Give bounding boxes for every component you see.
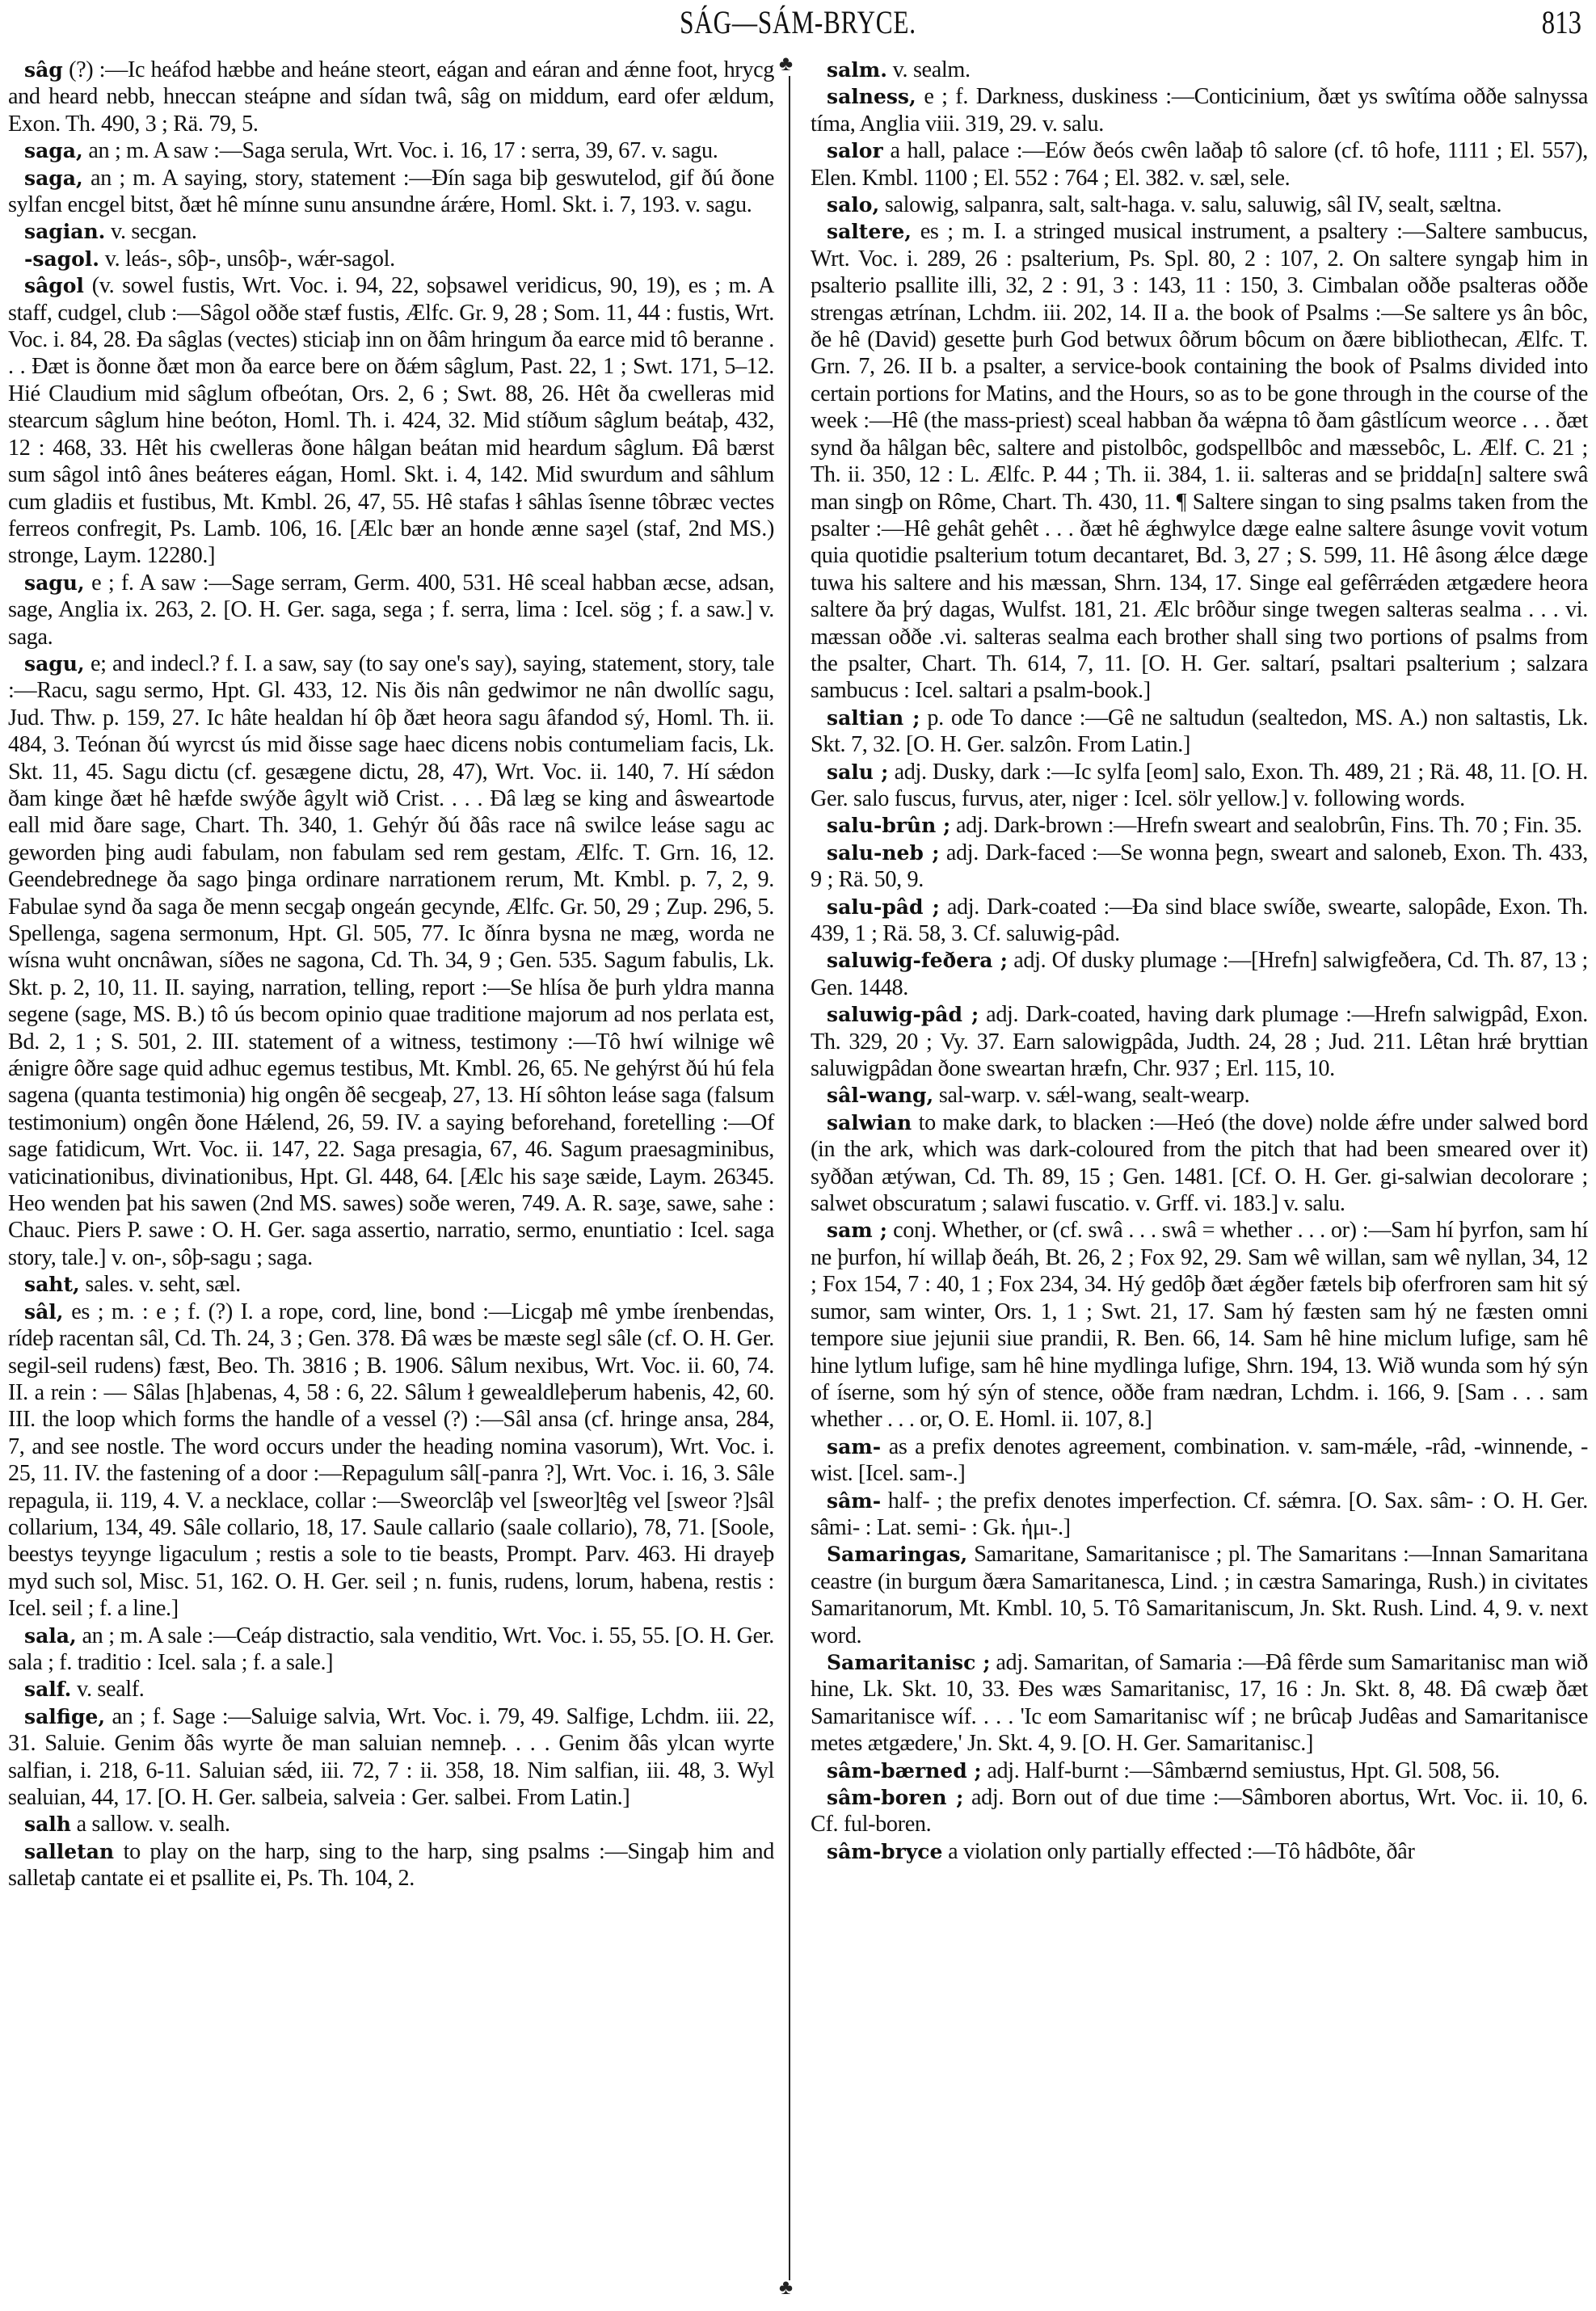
dictionary-entry: sam ; conj. Whether, or (cf. swâ . . . s… xyxy=(811,1217,1588,1433)
dictionary-entry: sâm-bryce a violation only partially eff… xyxy=(811,1838,1588,1865)
entry-definition: e ; f. A saw :—Sage serram, Germ. 400, 5… xyxy=(8,570,774,650)
dictionary-entry: sâg (?) :—Ic heáfod hæbbe and heáne steo… xyxy=(8,57,774,137)
entry-definition: p. ode To dance :—Gê ne saltudun (sealte… xyxy=(811,705,1588,757)
dictionary-entry: sagu, e; and indecl.? f. I. a saw, say (… xyxy=(8,650,774,1271)
dictionary-entry: salor a hall, palace :—Eów ðeós cwên lað… xyxy=(811,137,1588,192)
entry-headword: sâl-wang, xyxy=(827,1084,933,1107)
entry-definition: v. sealf. xyxy=(71,1677,144,1702)
dictionary-entry: sala, an ; m. A sale :—Ceáp distractio, … xyxy=(8,1623,774,1677)
entry-headword: salo, xyxy=(827,193,879,217)
entry-headword: salh xyxy=(24,1812,71,1836)
entry-definition: e; and indecl.? f. I. a saw, say (to say… xyxy=(8,651,774,1270)
dictionary-entry: Samaritanisc ; adj. Samaritan, of Samari… xyxy=(811,1649,1588,1757)
dictionary-entry: salness, e ; f. Darkness, duskiness :—Co… xyxy=(811,83,1588,137)
dictionary-entry: saga, an ; m. A saying, story, statement… xyxy=(8,165,774,219)
entry-headword: salu-pâd ; xyxy=(827,895,940,919)
entry-definition: a violation only partially effected :—Tô… xyxy=(942,1839,1414,1864)
left-column: sâg (?) :—Ic heáfod hæbbe and heáne steo… xyxy=(8,57,774,1892)
entry-definition: adj. Half-burnt :—Sâmbærnd semiustus, Hp… xyxy=(982,1758,1500,1783)
column-ornament-top-icon: ♣ xyxy=(779,53,793,74)
entry-definition: a hall, palace :—Eów ðeós cwên laðaþ tô … xyxy=(811,138,1588,190)
entry-definition: an ; m. A saying, story, statement :—Ðín… xyxy=(8,166,774,217)
dictionary-entry: saluwig-pâd ; adj. Dark-coated, having d… xyxy=(811,1001,1588,1082)
entry-headword: sagu, xyxy=(24,571,85,595)
dictionary-entry: salh a sallow. v. sealh. xyxy=(8,1811,774,1837)
entry-definition: as a prefix denotes agreement, combinati… xyxy=(811,1434,1588,1486)
entry-headword: sagu, xyxy=(24,652,85,676)
entry-headword: sam- xyxy=(827,1435,881,1459)
entry-headword: saluwig-feðera ; xyxy=(827,949,1008,972)
dictionary-entry: sam- as a prefix denotes agreement, comb… xyxy=(811,1433,1588,1488)
entry-definition: an ; m. A saw :—Saga serula, Wrt. Voc. i… xyxy=(83,138,718,163)
dictionary-entry: salo, salowig, salpanra, salt, salt-haga… xyxy=(811,192,1588,218)
entry-headword: sâg xyxy=(24,58,63,82)
dictionary-entry: sâm-boren ; adj. Born out of due time :—… xyxy=(811,1784,1588,1838)
entry-definition: an ; m. A sale :—Ceáp distractio, sala v… xyxy=(8,1623,774,1675)
entry-headword: salness, xyxy=(827,85,916,108)
entry-definition: adj. Dusky, dark :—Ic sylfa [eom] salo, … xyxy=(811,760,1588,811)
entry-headword: salletan xyxy=(24,1840,114,1863)
dictionary-entry: salwian to make dark, to blacken :—Heó (… xyxy=(811,1109,1588,1218)
entry-headword: sam ; xyxy=(827,1219,887,1242)
right-column: salm. v. sealm.salness, e ; f. Darkness,… xyxy=(811,57,1588,1865)
entry-definition: v. leás-, sôþ-, unsôþ-, wǽr-sagol. xyxy=(99,246,395,272)
entry-headword: saltian ; xyxy=(827,706,920,730)
entry-definition: sal-warp. v. sǽl-wang, sealt-wearp. xyxy=(933,1083,1249,1108)
entry-definition: sales. v. seht, sæl. xyxy=(80,1272,241,1297)
entry-headword: Samaringas, xyxy=(827,1543,967,1566)
entry-headword: sala, xyxy=(24,1624,77,1648)
running-head: SÁG—SÁM-BRYCE. xyxy=(175,3,1421,41)
entry-headword: saht, xyxy=(24,1273,80,1296)
entry-definition: e ; f. Darkness, duskiness :—Conticinium… xyxy=(811,84,1588,136)
dictionary-entry: salu-pâd ; adj. Dark-coated :—Ða sind bl… xyxy=(811,894,1588,948)
entry-headword: saluwig-pâd ; xyxy=(827,1003,979,1026)
entry-headword: salu-brûn ; xyxy=(827,814,950,837)
dictionary-entry: saht, sales. v. seht, sæl. xyxy=(8,1271,774,1298)
dictionary-entry: sâm-bærned ; adj. Half-burnt :—Sâmbærnd … xyxy=(811,1757,1588,1784)
entry-headword: sâgol xyxy=(24,274,84,297)
dictionary-entry: sagian. v. secgan. xyxy=(8,218,774,245)
dictionary-entry: saltere, es ; m. I. a stringed musical i… xyxy=(811,218,1588,704)
entry-headword: sagian. xyxy=(24,220,105,243)
dictionary-entry: salu ; adj. Dusky, dark :—Ic sylfa [eom]… xyxy=(811,759,1588,813)
dictionary-entry: salf. v. sealf. xyxy=(8,1676,774,1703)
entry-definition: salowig, salpanra, salt, salt-haga. v. s… xyxy=(879,192,1501,217)
dictionary-entry: Samaringas, Samaritane, Samaritanisce ; … xyxy=(811,1541,1588,1649)
entry-definition: half- ; the prefix denotes imperfection.… xyxy=(811,1488,1588,1540)
entry-headword: salu-neb ; xyxy=(827,841,939,865)
entry-headword: Samaritanisc ; xyxy=(827,1651,990,1674)
entry-definition: adj. Dark-brown :—Hrefn sweart and sealo… xyxy=(950,813,1581,838)
entry-headword: sâm-boren ; xyxy=(827,1786,963,1809)
entry-headword: sâm-bærned ; xyxy=(827,1759,982,1783)
entry-headword: saga, xyxy=(24,166,83,190)
entry-headword: salfige, xyxy=(24,1705,105,1728)
entry-definition: es ; m. : e ; f. (?) I. a rope, cord, li… xyxy=(8,1299,774,1621)
entry-definition: v. secgan. xyxy=(105,219,196,244)
entry-definition: v. sealm. xyxy=(887,57,971,82)
entry-headword: -sagol. xyxy=(24,247,99,271)
dictionary-entry: salu-brûn ; adj. Dark-brown :—Hrefn swea… xyxy=(811,812,1588,839)
entry-definition: to make dark, to blacken :—Heó (the dove… xyxy=(811,1110,1588,1216)
dictionary-entry: salfige, an ; f. Sage :—Saluige salvia, … xyxy=(8,1703,774,1812)
entry-headword: sâm- xyxy=(827,1489,881,1513)
column-ornament-bottom-icon: ♣ xyxy=(779,2277,793,2298)
entry-headword: salf. xyxy=(24,1677,71,1701)
entry-definition: an ; f. Sage :—Saluige salvia, Wrt. Voc.… xyxy=(8,1704,774,1810)
entry-headword: sâl, xyxy=(24,1300,63,1324)
entry-headword: saltere, xyxy=(827,220,912,243)
entry-definition: (v. sowel fustis, Wrt. Voc. i. 94, 22, s… xyxy=(8,273,774,568)
dictionary-entry: salletan to play on the harp, sing to th… xyxy=(8,1838,774,1892)
entry-headword: saga, xyxy=(24,139,83,162)
dictionary-entry: saluwig-feðera ; adj. Of dusky plumage :… xyxy=(811,947,1588,1001)
entry-definition: a sallow. v. sealh. xyxy=(71,1812,230,1837)
dictionary-entry: sâgol (v. sowel fustis, Wrt. Voc. i. 94,… xyxy=(8,272,774,569)
entry-definition: to play on the harp, sing to the harp, s… xyxy=(8,1839,774,1891)
dictionary-entry: -sagol. v. leás-, sôþ-, unsôþ-, wǽr-sago… xyxy=(8,246,774,272)
page-header: SÁG—SÁM-BRYCE. 813 xyxy=(0,0,1596,48)
dictionary-entry: saga, an ; m. A saw :—Saga serula, Wrt. … xyxy=(8,137,774,164)
dictionary-entry: sâm- half- ; the prefix denotes imperfec… xyxy=(811,1488,1588,1542)
entry-definition: es ; m. I. a stringed musical instrument… xyxy=(811,219,1588,703)
dictionary-entry: sâl, es ; m. : e ; f. (?) I. a rope, cor… xyxy=(8,1299,774,1623)
dictionary-entry: salm. v. sealm. xyxy=(811,57,1588,83)
entry-headword: salu ; xyxy=(827,760,888,784)
entry-headword: salwian xyxy=(827,1111,912,1134)
page-number: 813 xyxy=(1542,3,1581,41)
dictionary-entry: salu-neb ; adj. Dark-faced :—Se wonna þe… xyxy=(811,840,1588,894)
entry-headword: salor xyxy=(827,139,883,162)
entry-headword: salm. xyxy=(827,58,887,82)
entry-definition: conj. Whether, or (cf. swâ . . . swâ = w… xyxy=(811,1218,1588,1432)
column-divider xyxy=(789,76,790,2280)
dictionary-entry: sagu, e ; f. A saw :—Sage serram, Germ. … xyxy=(8,570,774,650)
dictionary-entry: sâl-wang, sal-warp. v. sǽl-wang, sealt-w… xyxy=(811,1082,1588,1109)
entry-headword: sâm-bryce xyxy=(827,1840,942,1863)
dictionary-entry: saltian ; p. ode To dance :—Gê ne saltud… xyxy=(811,705,1588,759)
entry-definition: (?) :—Ic heáfod hæbbe and heáne steort, … xyxy=(8,57,774,137)
